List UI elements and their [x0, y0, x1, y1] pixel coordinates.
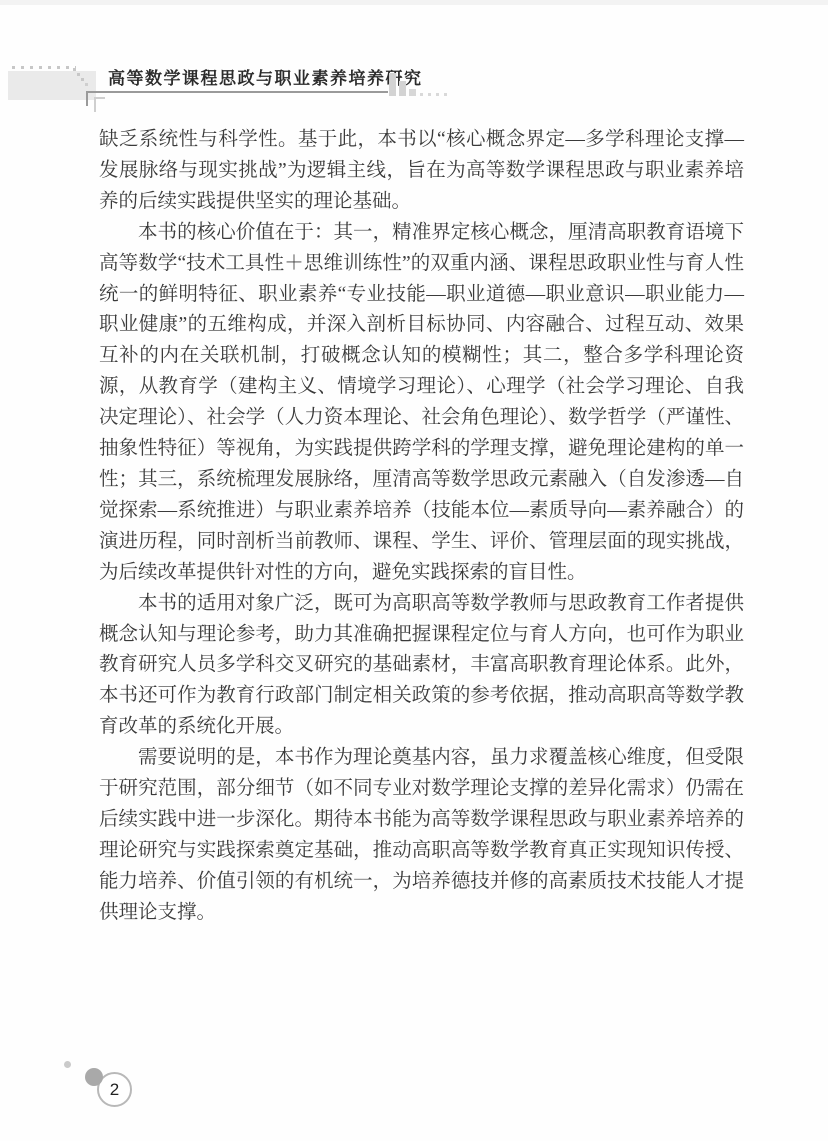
footer-dot-large — [85, 1068, 103, 1086]
footer-dot-small — [64, 1061, 71, 1068]
page-number: 2 — [110, 1080, 119, 1100]
header-diagonal-dots — [73, 68, 76, 71]
running-head-title: 高等数学课程思政与职业素养培养研究 — [108, 69, 423, 89]
header-rule — [86, 91, 388, 106]
header-dotted-line — [12, 66, 76, 69]
header-bar-ornament-1 — [389, 73, 396, 96]
header-bar-ornament-3 — [409, 89, 416, 96]
header-rule-echo — [94, 97, 105, 112]
book-page: 高等数学课程思政与职业素养培养研究 缺乏系统性与科学性。基于此，本书以“核心概念… — [0, 0, 828, 1141]
paragraph-note: 需要说明的是，本书作为理论奠基内容，虽力求覆盖核心维度，但受限于研究范围，部分细… — [99, 743, 744, 928]
body-text: 缺乏系统性与科学性。基于此，本书以“核心概念界定—多学科理论支撑—发展脉络与现实… — [99, 125, 744, 929]
header-left-ornament — [8, 71, 96, 100]
running-head: 高等数学课程思政与职业素养培养研究 — [0, 0, 828, 120]
paragraph-continuation: 缺乏系统性与科学性。基于此，本书以“核心概念界定—多学科理论支撑—发展脉络与现实… — [99, 125, 744, 218]
header-bar-ornament-2 — [399, 81, 406, 96]
header-trailing-dots — [420, 93, 423, 96]
paragraph-core-value: 本书的核心价值在于：其一，精准界定核心概念，厘清高职教育语境下高等数学“技术工具… — [99, 218, 744, 589]
paragraph-audience: 本书的适用对象广泛，既可为高职高等数学教师与思政教育工作者提供概念认知与理论参考… — [99, 589, 744, 744]
